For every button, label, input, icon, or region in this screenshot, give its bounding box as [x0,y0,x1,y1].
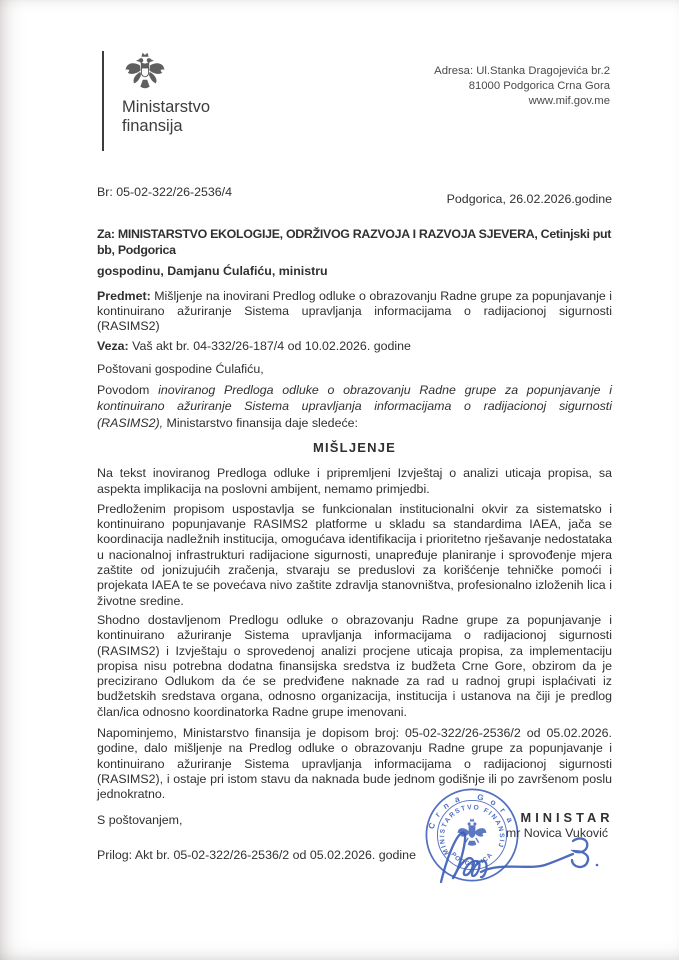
veza-text: Vaš akt br. 04-332/26-187/4 od 10.02.202… [129,339,411,353]
address-website: www.mif.gov.me [434,94,610,109]
letter-body: Br: 05-02-322/26-2536/4 Podgorica, 26.02… [97,185,612,828]
body-paragraph-1: Na tekst inoviranog Predloga odluke i pr… [97,466,612,497]
place-date: Podgorica, 26.02.2026.godine [447,192,612,207]
coat-of-arms-icon [122,51,168,97]
ministry-name-line2: finansija [122,117,210,136]
letterhead-divider [102,51,104,151]
body-paragraph-3: Shodno dostavljenom Predlogu odluke o ob… [97,613,612,720]
address-street: Adresa: Ul.Stanka Dragojevića br.2 [434,64,610,79]
subject-label: Predmet: [97,289,151,303]
subject-text: Mišljenje na inovirani Predlog odluke o … [97,289,612,334]
salutation: Poštovani gospodine Ćulafiću, [97,362,612,377]
body-paragraph-2: Predloženim propisom uspostavlja se funk… [97,502,612,609]
letterhead: Ministarstvo finansija Adresa: Ul.Stanka… [0,0,679,185]
coat-of-arms-shield [141,68,148,77]
letter-page: Ministarstvo finansija Adresa: Ul.Stanka… [0,0,679,960]
reference-row: Br: 05-02-322/26-2536/4 Podgorica, 26.02… [97,185,612,207]
subject-line: Predmet: Mišljenje na inovirani Predlog … [97,289,612,335]
ministry-name-line1: Ministarstvo [122,98,210,117]
reference-number: Br: 05-02-322/26-2536/4 [97,185,232,200]
opinion-heading: MIŠLJENJE [97,440,612,455]
attachment-note: Prilog: Akt br. 05-02-322/26-2536/2 od 0… [97,848,416,862]
intro-prefix: Povodom [97,383,158,397]
recipient-person: gospodinu, Damjanu Ćulafiću, ministru [97,264,612,279]
signature-block: Crna Gora MINISTARSTVO FINANSIJA PODGORI… [415,780,655,930]
signature-scribble-icon [437,820,637,890]
veza-label: Veza: [97,339,129,353]
reference-veza-line: Veza: Vaš akt br. 04-332/26-187/4 od 10.… [97,339,612,354]
ministry-name: Ministarstvo finansija [122,98,210,136]
address-block: Adresa: Ul.Stanka Dragojevića br.2 81000… [434,64,610,109]
recipient-line: Za: MINISTARSTVO EKOLOGIJE, ODRŽIVOG RAZ… [97,227,612,258]
intro-suffix: Ministarstvo finansija daje sledeće: [163,416,358,430]
address-city: 81000 Podgorica Crna Gora [434,79,610,94]
intro-paragraph: Povodom inoviranog Predloga odluke o obr… [97,382,612,431]
